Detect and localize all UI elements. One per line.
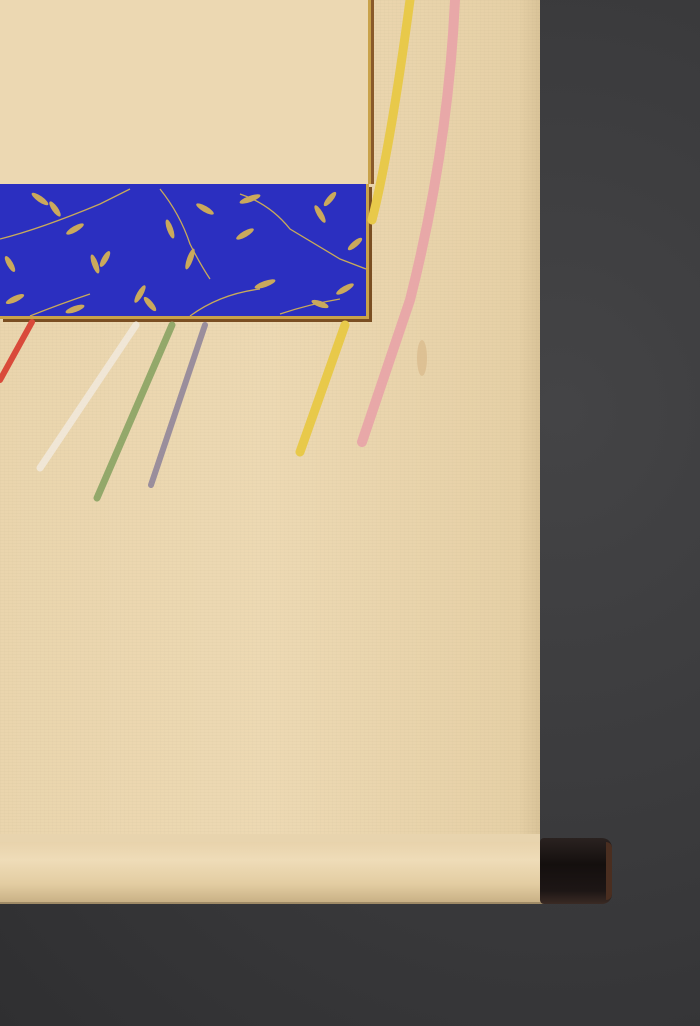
yellow-ribbon-lower-icon bbox=[300, 325, 345, 452]
red-ribbon-icon bbox=[0, 322, 32, 380]
yellow-ribbon-upper-icon bbox=[372, 0, 410, 220]
roller-rod-body bbox=[0, 842, 545, 904]
roller-end-cap bbox=[540, 838, 612, 904]
roller-rod bbox=[0, 834, 620, 904]
green-ribbon-icon bbox=[97, 325, 172, 498]
stain-mark bbox=[417, 340, 427, 376]
